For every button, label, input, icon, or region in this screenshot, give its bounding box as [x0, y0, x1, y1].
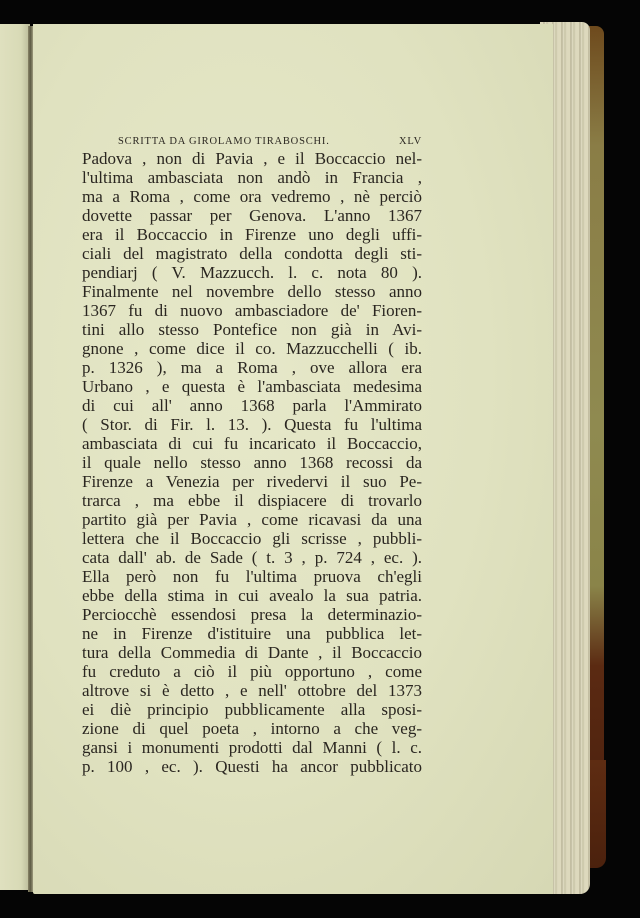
text-line: trarca , ma ebbe il dispiacere di trovar… [82, 491, 422, 510]
text-line: tini allo stesso Pontefice non già in Av… [82, 320, 422, 339]
text-line: p. 100 , ec. ). Questi ha ancor pubblica… [82, 757, 422, 776]
book-cover-edge [588, 26, 604, 826]
text-line: cata dall' ab. de Sade ( t. 3 , p. 724 ,… [82, 548, 422, 567]
text-line: zione di quel poeta , intorno a che veg- [82, 719, 422, 738]
text-line: il quale nello stesso anno 1368 recossi … [82, 453, 422, 472]
text-line: Firenze a Venezia per rivedervi il suo P… [82, 472, 422, 491]
scanned-book-spread: SCRITTA DA GIROLAMO TIRABOSCHI. XLV Pado… [0, 0, 640, 918]
text-line: ciali del magistrato della condotta degl… [82, 244, 422, 263]
text-line: Urbano , e questa è l'ambasciata medesim… [82, 377, 422, 396]
text-line: era il Boccaccio in Firenze uno degli uf… [82, 225, 422, 244]
text-line: ( Stor. di Fir. l. 13. ). Questa fu l'ul… [82, 415, 422, 434]
text-line: lettera che il Boccaccio gli scrisse , p… [82, 529, 422, 548]
text-line: dovette passar per Genova. L'anno 1367 [82, 206, 422, 225]
text-line: ebbe della stima in cui avealo la sua pa… [82, 586, 422, 605]
text-line: partito già per Pavia , come ricavasi da… [82, 510, 422, 529]
page-number: XLV [399, 134, 422, 149]
text-line: 1367 fu di nuovo ambasciadore de' Fioren… [82, 301, 422, 320]
text-line: Ella però non fu l'ultima pruova ch'egli [82, 567, 422, 586]
text-line: ma a Roma , come ora vedremo , nè perciò [82, 187, 422, 206]
text-line: di cui all' anno 1368 parla l'Ammirato [82, 396, 422, 415]
text-line: pendiarj ( V. Mazzucch. l. c. nota 80 ). [82, 263, 422, 282]
text-line: Finalmente nel novembre dello stesso ann… [82, 282, 422, 301]
text-line: gansi i monumenti prodotti dal Manni ( l… [82, 738, 422, 757]
text-line: Perciocchè essendosi presa la determinaz… [82, 605, 422, 624]
text-line: fu creduto a ciò il più opportuno , come [82, 662, 422, 681]
text-line: gnone , come dice il co. Mazzucchelli ( … [82, 339, 422, 358]
page-text-block: SCRITTA DA GIROLAMO TIRABOSCHI. XLV Pado… [82, 134, 422, 776]
text-line: ei diè principio pubblicamente alla spos… [82, 700, 422, 719]
running-title: SCRITTA DA GIROLAMO TIRABOSCHI. [118, 134, 330, 149]
text-line: tura della Commedia di Dante , il Boccac… [82, 643, 422, 662]
running-head: SCRITTA DA GIROLAMO TIRABOSCHI. XLV [118, 134, 422, 149]
left-page-edge [0, 24, 30, 890]
text-line: ne in Firenze d'istituire una pubblica l… [82, 624, 422, 643]
text-line: l'ultima ambasciata non andò in Francia … [82, 168, 422, 187]
body-text: Padova , non di Pavia , e il Boccaccio n… [82, 149, 422, 776]
text-line: altrove si è detto , e nell' ottobre del… [82, 681, 422, 700]
text-line: Padova , non di Pavia , e il Boccaccio n… [82, 149, 422, 168]
text-line: p. 1326 ), ma a Roma , ove allora era [82, 358, 422, 377]
text-line: ambasciata di cui fu incaricato il Bocca… [82, 434, 422, 453]
